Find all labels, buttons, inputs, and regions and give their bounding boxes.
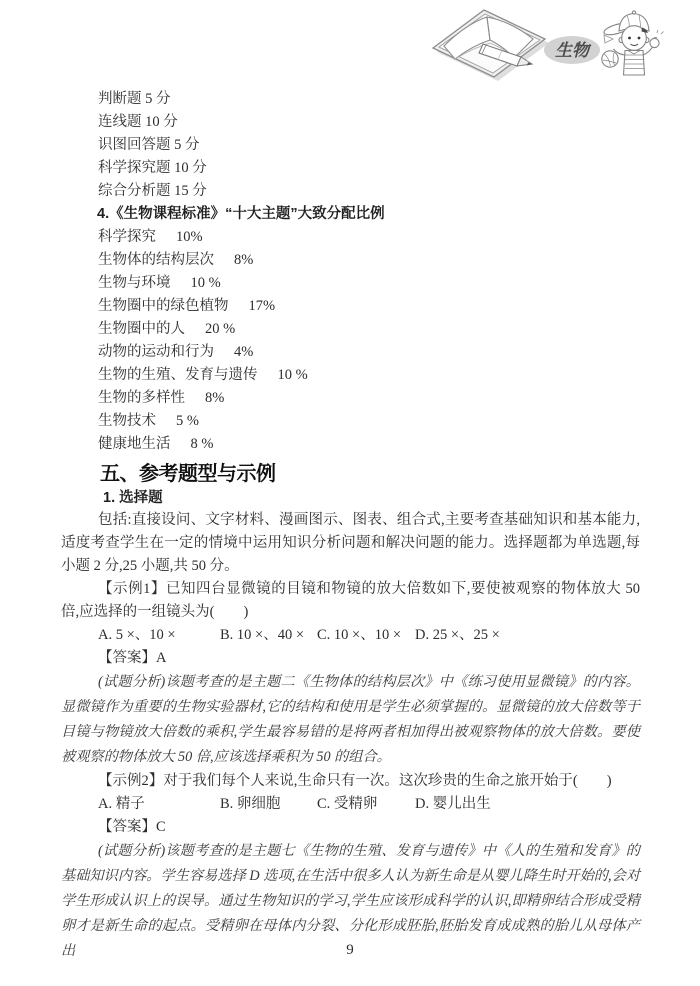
distribution-label: 生物圈中的人 [98,321,185,337]
section-intro: 包括:直接设问、文字材料、漫画图示、图表、组合式,主要考查基础知识和基本能力,适… [61,509,640,578]
option-a: A. 5 ×、10 × [98,624,176,647]
score-item: 判断题 5 分 [61,88,640,111]
distribution-value: 20 % [205,321,235,337]
option-c: C. 受精卵 [317,793,377,816]
distribution-value: 8% [205,390,224,406]
header-logo: 生物 [428,2,668,88]
distribution-item: 生物体的结构层次8% [61,249,640,272]
option-c: C. 10 ×、10 × [317,624,401,647]
score-item: 科学探究题 10 分 [61,157,640,180]
distribution-label: 生物的多样性 [98,390,185,406]
distribution-label: 科学探究 [98,229,156,245]
distribution-item: 生物的生殖、发育与遗传10 % [61,364,640,387]
example1-stem: 【示例1】已知四台显微镜的目镜和物镜的放大倍数如下,要使被观察的物体放大 50 … [61,578,640,624]
distribution-item: 生物圈中的人20 % [61,318,640,341]
mascot-boy-icon [602,11,664,75]
distribution-value: 17% [249,298,276,314]
example1-analysis: (试题分析)该题考查的是主题二《生物体的结构层次》中《练习使用显微镜》的内容。显… [61,670,640,770]
section-subheading: 1. 选择题 [61,488,640,509]
score-item: 识图回答题 5 分 [61,134,640,157]
example1-options: A. 5 ×、10 × B. 10 ×、40 × C. 10 ×、10 × D.… [61,624,640,647]
distribution-label: 动物的运动和行为 [98,344,214,360]
distribution-item: 科学探究10% [61,226,640,249]
distribution-label: 生物与环境 [98,275,171,291]
distribution-item: 生物圈中的绿色植物17% [61,295,640,318]
distribution-value: 10 % [278,367,308,383]
distribution-item: 生物技术5 % [61,410,640,433]
option-d: D. 25 ×、25 × [415,624,500,647]
distribution-item: 动物的运动和行为4% [61,341,640,364]
distribution-item: 生物的多样性8% [61,387,640,410]
example2-stem: 【示例2】对于我们每个人来说,生命只有一次。这次珍贵的生命之旅开始于( ) [61,770,640,793]
distribution-value: 8% [234,252,253,268]
distribution-label: 生物的生殖、发育与遗传 [98,367,258,383]
distribution-list: 科学探究10% 生物体的结构层次8% 生物与环境10 % 生物圈中的绿色植物17… [61,226,640,456]
score-list: 判断题 5 分 连线题 10 分 识图回答题 5 分 科学探究题 10 分 综合… [61,88,640,203]
distribution-label: 生物体的结构层次 [98,252,214,268]
example2-answer: 【答案】C [61,816,640,839]
subject-badge-label: 生物 [555,41,592,60]
example2-options: A. 精子 B. 卵细胞 C. 受精卵 D. 婴儿出生 [61,793,640,816]
distribution-label: 健康地生活 [98,436,171,452]
document-page: 生物 [0,0,700,986]
book-pencil-icon [433,10,549,81]
option-d: D. 婴儿出生 [415,793,491,816]
page-content: 判断题 5 分 连线题 10 分 识图回答题 5 分 科学探究题 10 分 综合… [61,88,640,964]
option-b: B. 卵细胞 [220,793,280,816]
page-number: 9 [0,942,700,959]
section-heading: 五、参考题型与示例 [61,460,640,488]
distribution-value: 10 % [191,275,221,291]
distribution-item: 健康地生活8 % [61,433,640,456]
distribution-label: 生物圈中的绿色植物 [98,298,229,314]
score-item: 连线题 10 分 [61,111,640,134]
option-a: A. 精子 [98,793,145,816]
distribution-value: 8 % [191,436,214,452]
distribution-value: 4% [234,344,253,360]
example1-answer: 【答案】A [61,647,640,670]
option-b: B. 10 ×、40 × [220,624,304,647]
distribution-value: 5 % [176,413,199,429]
distribution-label: 生物技术 [98,413,156,429]
distribution-value: 10% [176,229,203,245]
distribution-item: 生物与环境10 % [61,272,640,295]
score-item: 综合分析题 15 分 [61,180,640,203]
distribution-title: 4.《生物课程标准》“十大主题”大致分配比例 [61,203,640,226]
